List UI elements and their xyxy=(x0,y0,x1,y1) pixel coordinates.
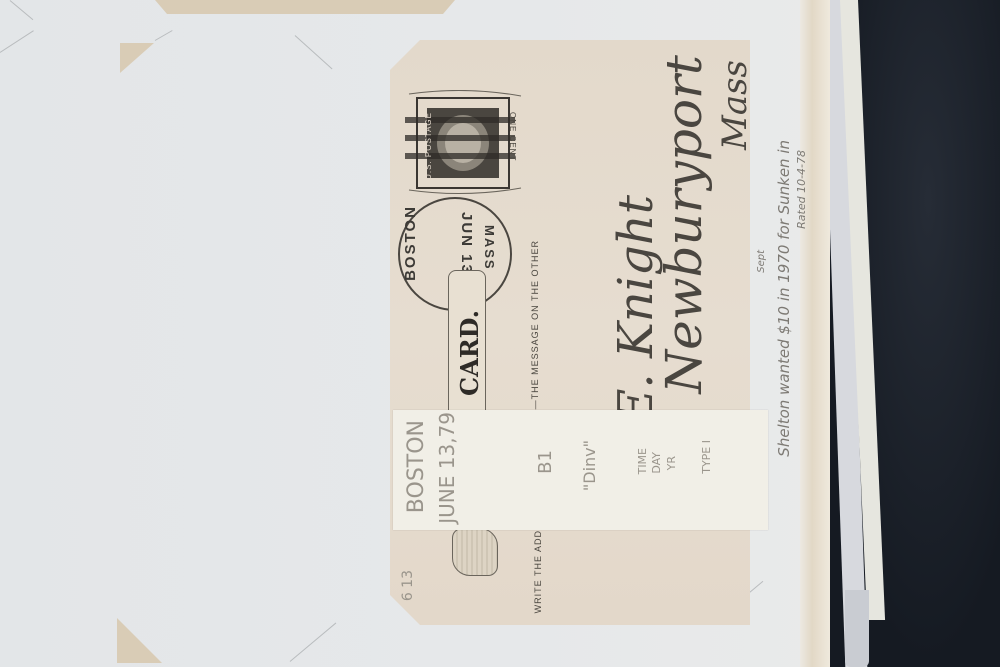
page-tab xyxy=(845,590,869,667)
strip-city: BOSTON xyxy=(404,420,429,513)
margin-note-month: Sept xyxy=(756,250,767,273)
postmark-city: BOSTON xyxy=(402,205,419,281)
margin-note-rated: Rated 10-4-78 xyxy=(795,150,808,229)
top-card-edge xyxy=(155,0,455,14)
stamp-postage-label: U.S. POSTAGE xyxy=(424,112,433,180)
photo-scene: U.S. POSTAGE ONE CENT BOSTON JUN 13 MASS… xyxy=(0,0,1000,667)
strip-time: TIME xyxy=(636,448,649,474)
strip-day: DAY xyxy=(650,452,663,474)
message-instruction: —THE MESSAGE ON THE OTHER xyxy=(530,240,540,409)
stamp-value-label: ONE CENT xyxy=(508,112,517,161)
page-edge-stack xyxy=(800,0,830,667)
address-city: Newburyport xyxy=(655,55,713,394)
card-title-word: CARD. xyxy=(455,310,484,396)
strip-yr: YR xyxy=(665,456,678,470)
strip-die: "Dinv" xyxy=(580,440,599,491)
postmark-state: MASS xyxy=(482,225,497,271)
postmark-date: JUN 13 xyxy=(458,212,475,275)
strip-date: JUNE 13,79 xyxy=(435,412,459,524)
corner-pencil-number: 6 13 xyxy=(400,570,416,601)
strip-catalog: B1 xyxy=(535,450,556,474)
one-cent-stamp-imprint xyxy=(405,90,525,195)
strip-type: TYPE I xyxy=(700,440,713,474)
address-state: Mass xyxy=(715,60,755,150)
address-instruction: WRITE THE ADD xyxy=(533,530,543,613)
margin-note-main: Shelton wanted $10 in 1970 for Sunken in xyxy=(775,140,793,457)
ribbon-scroll-end xyxy=(452,528,498,576)
